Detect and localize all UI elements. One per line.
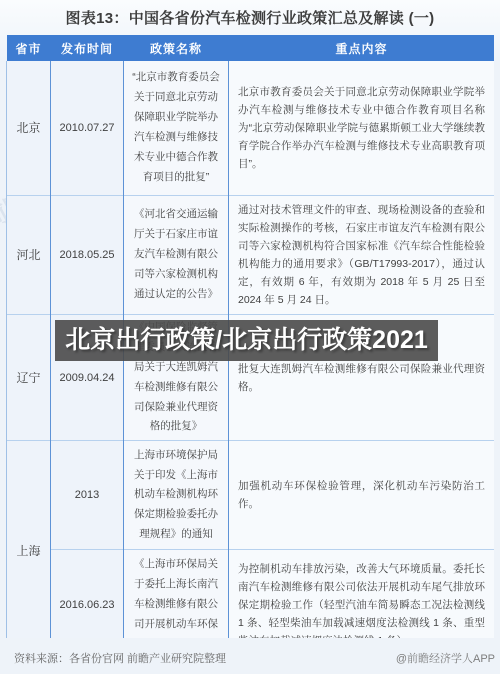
cell-province: 辽宁 <box>7 314 51 441</box>
cell-policy-name: 《上海市环保局关于委托上海长南汽车检测维修有限公司开展机动车环保定期检验的通知》 <box>124 550 229 638</box>
cell-date: 2016.06.23 <box>51 550 124 638</box>
cell-date: 2018.05.25 <box>51 195 124 314</box>
table-row-beijing: 北京 2010.07.27 “北京市教育委员会关于同意北京劳动保障职业学院举办汽… <box>7 61 495 195</box>
col-header-policy: 政策名称 <box>124 35 229 61</box>
data-source-note: 资料来源：各省份官网 前瞻产业研究院整理 <box>14 650 226 666</box>
cell-key-content: 北京市教育委员会关于同意北京劳动保障职业学院举办汽车检测与维修技术专业中德合作教… <box>229 61 495 195</box>
cell-key-content: 为控制机动车排放污染，改善大气环境质量。委托长南汽车检测维修有限公司依法开展机动… <box>229 550 495 638</box>
cell-date: 2010.07.27 <box>51 61 124 195</box>
overlay-banner: 北京出行政策/北京出行政策2021 <box>55 320 438 361</box>
cell-policy-name: “北京市教育委员会关于同意北京劳动保障职业学院举办汽车检测与维修技术专业中德合作… <box>124 61 229 195</box>
cell-policy-name: 《河北省交通运输厅关于石家庄市谊友汽车检测有限公司等六家检测机构通过认定的公告》 <box>124 195 229 314</box>
figure-page: 图表13：中国各省份汽车检测行业政策汇总及解读 (一) 前瞻产业研究院 前瞻产业… <box>0 0 500 674</box>
col-header-province: 省市 <box>7 35 51 61</box>
col-header-date: 发布时间 <box>51 35 124 61</box>
cell-date: 2013 <box>51 441 124 550</box>
cell-key-content: 加强机动车环保检验管理，深化机动车污染防治工作。 <box>229 441 495 550</box>
cell-key-content: 通过对技术管理文件的审查、现场检测设备的查验和实际检测操作的考核，石家庄市谊友汽… <box>229 195 495 314</box>
credit-note: @前瞻经济学人APP <box>396 650 495 666</box>
figure-title: 图表13：中国各省份汽车检测行业政策汇总及解读 (一) <box>0 7 500 28</box>
table-row-hebei: 河北 2018.05.25 《河北省交通运输厅关于石家庄市谊友汽车检测有限公司等… <box>7 195 495 314</box>
cell-policy-name: 上海市环境保护局关于印发《上海市机动车检测机构环保定期检验委托办理规程》的通知 <box>124 441 229 550</box>
table-row-shanghai-2013: 上海 2013 上海市环境保护局关于印发《上海市机动车检测机构环保定期检验委托办… <box>7 441 495 550</box>
cell-province: 上海 <box>7 441 51 638</box>
table-header-row: 省市 发布时间 政策名称 重点内容 <box>7 35 495 61</box>
cell-province: 河北 <box>7 195 51 314</box>
col-header-content: 重点内容 <box>229 35 495 61</box>
table-row-shanghai-2016: 2016.06.23 《上海市环保局关于委托上海长南汽车检测维修有限公司开展机动… <box>7 550 495 638</box>
cell-province: 北京 <box>7 61 51 195</box>
